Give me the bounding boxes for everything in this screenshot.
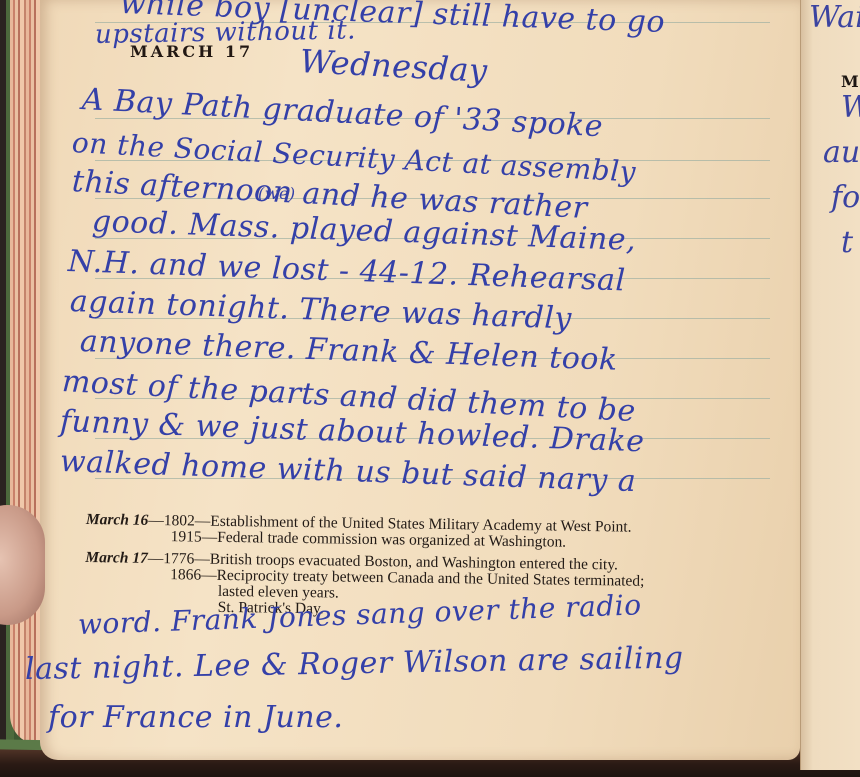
- handwritten-fragment: Wait: [809, 0, 860, 35]
- handwritten-fragment: W: [841, 90, 860, 125]
- handwritten-fragment: t: [841, 225, 853, 260]
- handwritten-fragment: au: [823, 135, 860, 170]
- diary-right-page: Wait M W au fo t: [800, 0, 860, 770]
- date-header-fragment: M: [841, 72, 859, 91]
- handwritten-line: for France in June.: [48, 700, 343, 735]
- diary-photo: MARCH 17 while boy [unclear] still have …: [0, 0, 860, 777]
- handwritten-insertion: (we): [258, 184, 296, 203]
- thumb: [0, 505, 45, 625]
- handwritten-fragment: fo: [831, 180, 860, 215]
